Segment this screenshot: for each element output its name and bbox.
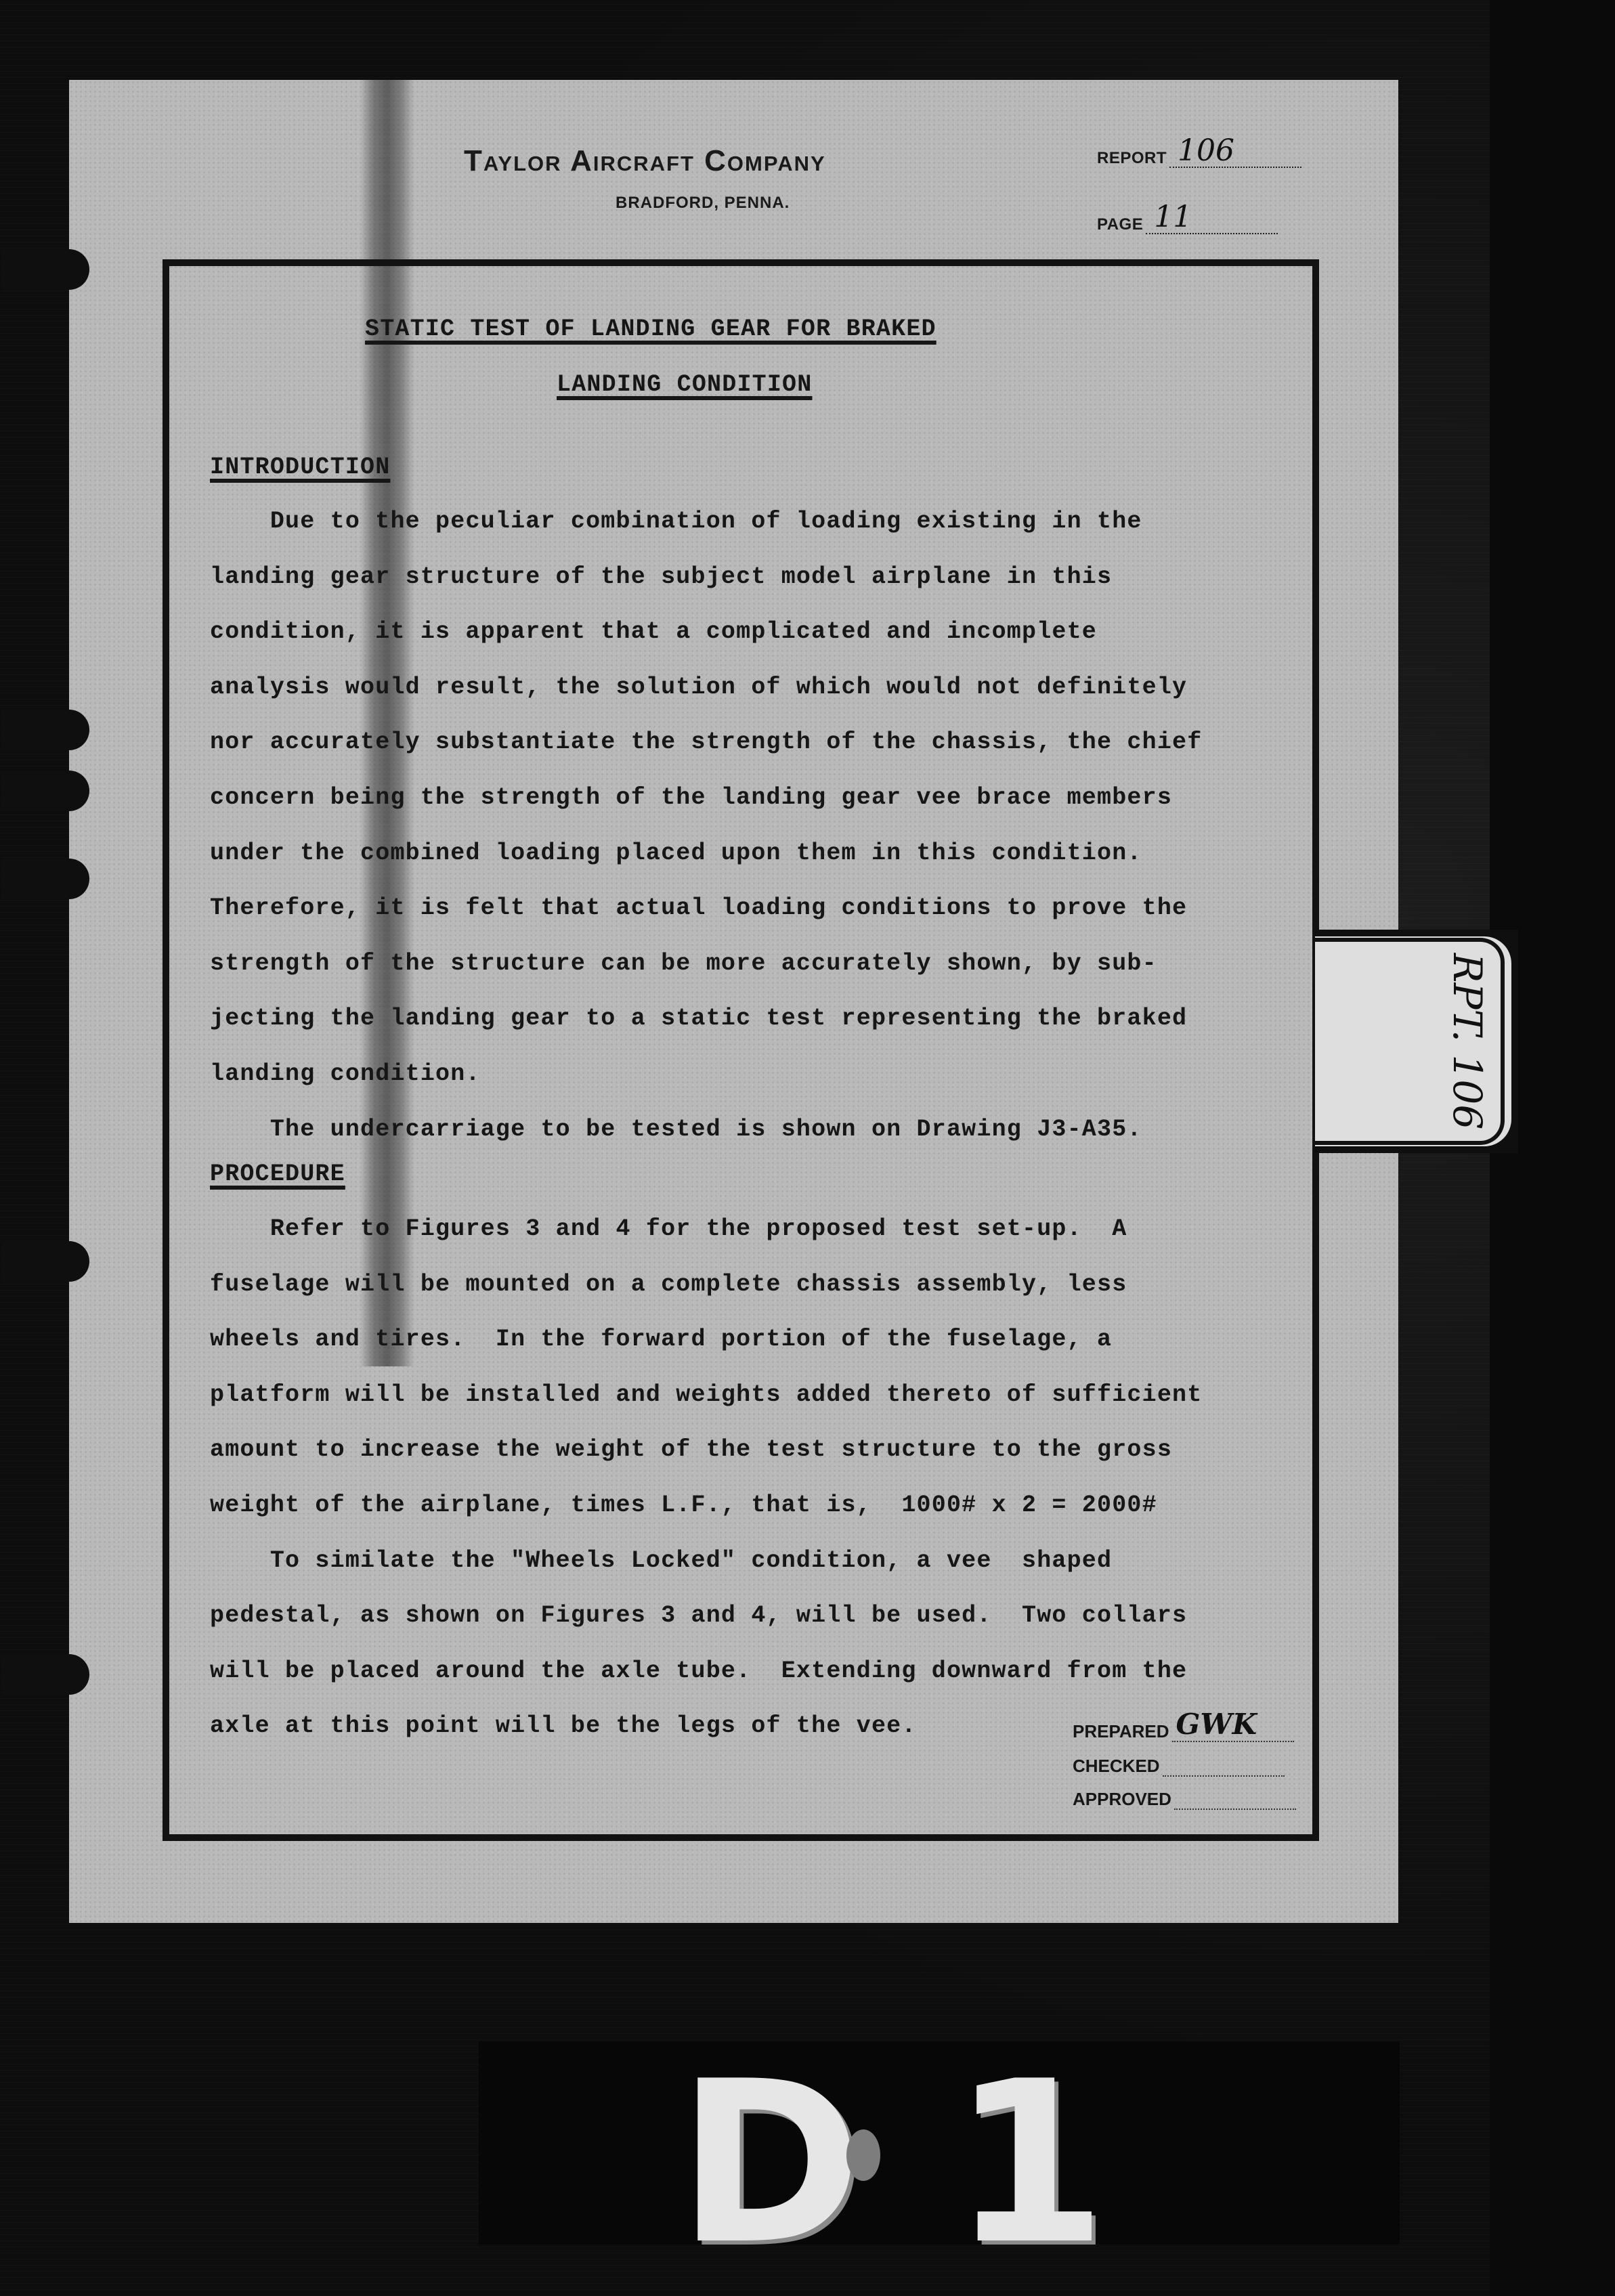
body-text-line: landing gear structure of the subject mo…: [210, 563, 1112, 590]
company-city: BRADFORD, PENNA.: [616, 194, 790, 213]
body-text-line: strength of the structure can be more ac…: [210, 950, 1157, 977]
approved-field: APPROVED: [1073, 1789, 1296, 1810]
punch-hole: [1, 1654, 89, 1695]
punch-hole: [1, 771, 89, 811]
approved-label: APPROVED: [1073, 1789, 1171, 1810]
page-label: PAGE: [1097, 215, 1143, 234]
document-title-line-1: STATIC TEST OF LANDING GEAR FOR BRAKED: [365, 316, 936, 343]
index-tab-label: RPT. 106: [1444, 953, 1490, 1129]
body-text-line: landing condition.: [210, 1060, 481, 1087]
punch-hole: [1, 1241, 89, 1282]
body-text-line: wheels and tires. In the forward portion…: [210, 1326, 1112, 1353]
checked-value: [1163, 1758, 1285, 1777]
body-text-line: nor accurately substantiate the strength…: [210, 729, 1202, 756]
punch-hole: [1, 710, 89, 750]
film-frame-label: [479, 2041, 1400, 2245]
body-text-line: jecting the landing gear to a static tes…: [210, 1005, 1187, 1032]
body-text-line: platform will be installed and weights a…: [210, 1381, 1202, 1408]
document-page: Taylor Aircraft Company BRADFORD, PENNA.…: [69, 80, 1398, 1923]
prepared-field: PREPARED GWK: [1073, 1721, 1294, 1742]
film-label-letter: D: [677, 2052, 863, 2275]
section-heading-introduction: INTRODUCTION: [210, 454, 390, 481]
body-text-line: analysis would result, the solution of w…: [210, 674, 1187, 701]
body-text-line: concern being the strength of the landin…: [210, 784, 1172, 811]
body-text-line: weight of the airplane, times L.F., that…: [210, 1492, 1157, 1519]
page-number-field: PAGE 11: [1097, 213, 1278, 234]
document-title-line-2: LANDING CONDITION: [557, 371, 812, 398]
prepared-initials: GWK: [1176, 1708, 1257, 1741]
index-tab: RPT. 106: [1315, 930, 1518, 1153]
body-text-line: Therefore, it is felt that actual loadin…: [210, 894, 1187, 922]
section-heading-procedure: PROCEDURE: [210, 1161, 345, 1188]
prepared-label: PREPARED: [1073, 1721, 1169, 1742]
body-text-line: will be placed around the axle tube. Ext…: [210, 1658, 1187, 1685]
company-name: Taylor Aircraft Company: [464, 144, 826, 178]
body-text-line: axle at this point will be the legs of t…: [210, 1712, 917, 1739]
report-label: REPORT: [1097, 149, 1167, 168]
body-text-line: To similate the "Wheels Locked" conditio…: [210, 1547, 1112, 1574]
approved-value: [1174, 1791, 1296, 1810]
body-text-line: amount to increase the weight of the tes…: [210, 1436, 1172, 1463]
body-text-line: under the combined loading placed upon t…: [210, 840, 1142, 867]
body-text-line: pedestal, as shown on Figures 3 and 4, w…: [210, 1602, 1187, 1629]
page-number: 11: [1154, 200, 1192, 234]
report-number-field: REPORT 106: [1097, 146, 1301, 168]
report-number: 106: [1178, 133, 1234, 168]
checked-field: CHECKED: [1073, 1756, 1285, 1777]
film-label-dot: [846, 2129, 880, 2181]
body-text-line: condition, it is apparent that a complic…: [210, 618, 1097, 645]
body-text-line: The undercarriage to be tested is shown …: [210, 1116, 1142, 1143]
body-text-line: fuselage will be mounted on a complete c…: [210, 1271, 1127, 1298]
body-text-line: Due to the peculiar combination of loadi…: [210, 508, 1142, 535]
film-label-number: 1: [951, 2052, 1107, 2275]
punch-hole: [1, 859, 89, 899]
punch-hole: [1, 249, 89, 290]
checked-label: CHECKED: [1073, 1756, 1160, 1777]
body-text-line: Refer to Figures 3 and 4 for the propose…: [210, 1215, 1127, 1242]
